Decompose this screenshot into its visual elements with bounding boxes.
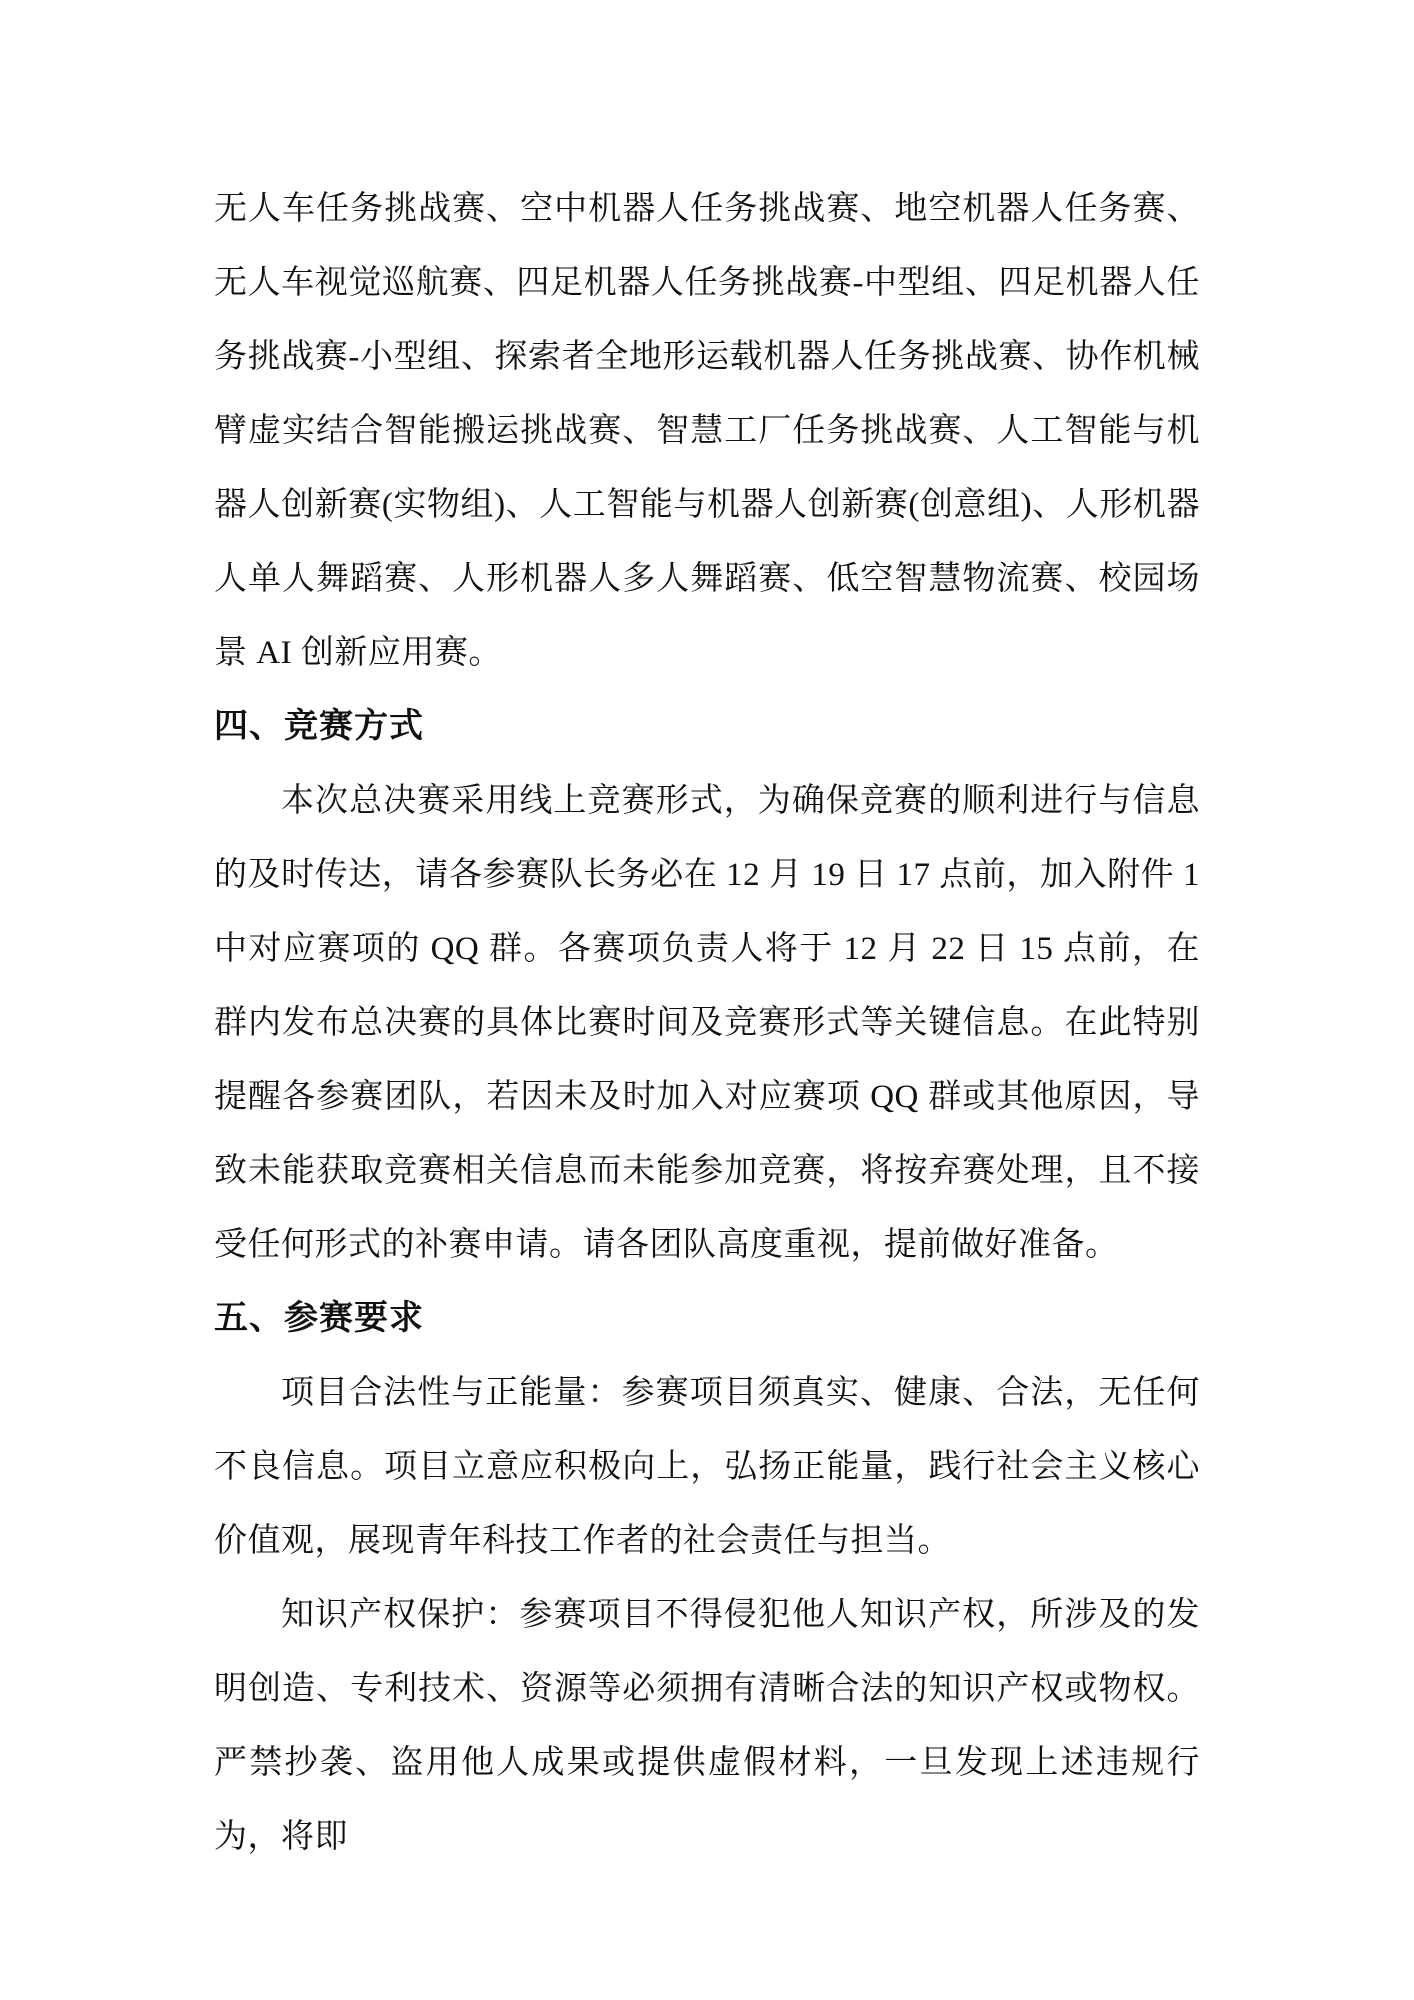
section-heading: 四、竞赛方式: [214, 690, 1200, 764]
body-paragraph: 无人车任务挑战赛、空中机器人任务挑战赛、地空机器人任务赛、无人车视觉巡航赛、四足…: [214, 172, 1200, 690]
body-paragraph: 项目合法性与正能量：参赛项目须真实、健康、合法，无任何不良信息。项目立意应积极向…: [214, 1356, 1200, 1578]
body-paragraph: 本次总决赛采用线上竞赛形式，为确保竞赛的顺利进行与信息的及时传达，请各参赛队长务…: [214, 764, 1200, 1282]
document-body: 无人车任务挑战赛、空中机器人任务挑战赛、地空机器人任务赛、无人车视觉巡航赛、四足…: [214, 172, 1200, 1874]
section-heading: 五、参赛要求: [214, 1282, 1200, 1356]
document-page: 无人车任务挑战赛、空中机器人任务挑战赛、地空机器人任务赛、无人车视觉巡航赛、四足…: [0, 0, 1414, 2000]
body-paragraph: 知识产权保护：参赛项目不得侵犯他人知识产权，所涉及的发明创造、专利技术、资源等必…: [214, 1578, 1200, 1874]
